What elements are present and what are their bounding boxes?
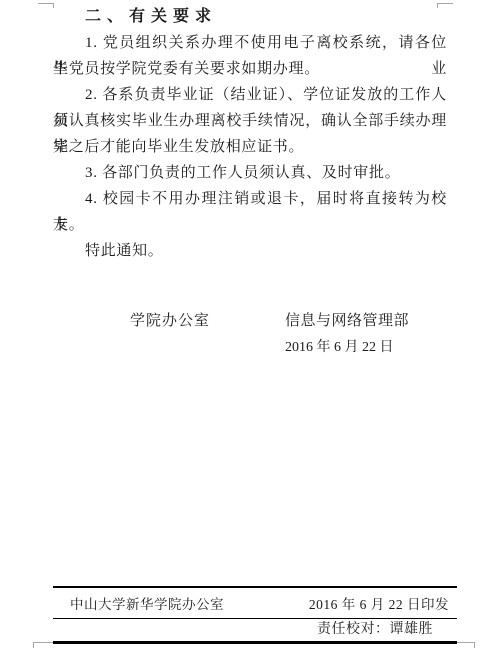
document-body: 二、有关要求 1. 党员组织关系办理不使用电子离校系统，请各位毕业 生党员按学院… <box>53 4 447 264</box>
footer-issuer: 中山大学新华学院办公室 <box>70 593 224 613</box>
signature-office: 学院办公室 <box>130 308 210 334</box>
signature-date: 2016 年 6 月 22 日 <box>285 335 394 361</box>
body-line: 卡。 <box>53 212 447 238</box>
closing-line: 特此通知。 <box>53 238 447 264</box>
footer-print-date: 2016 年 6 月 22 日印发 <box>309 593 449 613</box>
imprint-row-proofreader: 责任校对：谭雄胜 <box>53 619 457 641</box>
margin-crop-mark-bottom-left <box>33 642 54 648</box>
margin-crop-mark-top-left <box>38 3 54 8</box>
document-page: 二、有关要求 1. 党员组织关系办理不使用电子离校系统，请各位毕业 生党员按学院… <box>0 0 481 650</box>
imprint-row-issuer: 中山大学新华学院办公室 2016 年 6 月 22 日印发 <box>53 588 457 619</box>
section-heading: 二、有关要求 <box>53 4 447 30</box>
footer-proofreader: 责任校对：谭雄胜 <box>317 622 433 637</box>
body-line: 须认真核实毕业生办理离校手续情况，确认全部手续办理完 <box>53 108 447 134</box>
margin-crop-mark-bottom-right <box>457 642 475 648</box>
body-line: 3. 各部门负责的工作人员须认真、及时审批。 <box>53 160 447 186</box>
body-line: 毕之后才能向毕业生发放相应证书。 <box>53 134 447 160</box>
imprint-block: 中山大学新华学院办公室 2016 年 6 月 22 日印发 责任校对：谭雄胜 <box>53 586 457 644</box>
body-line: 4. 校园卡不用办理注销或退卡，届时将直接转为校友 <box>53 186 447 212</box>
signature-department: 信息与网络管理部 <box>285 308 409 334</box>
body-line: 1. 党员组织关系办理不使用电子离校系统，请各位毕业 <box>53 30 447 56</box>
body-line: 2. 各系负责毕业证（结业证）、学位证发放的工作人员 <box>53 82 447 108</box>
